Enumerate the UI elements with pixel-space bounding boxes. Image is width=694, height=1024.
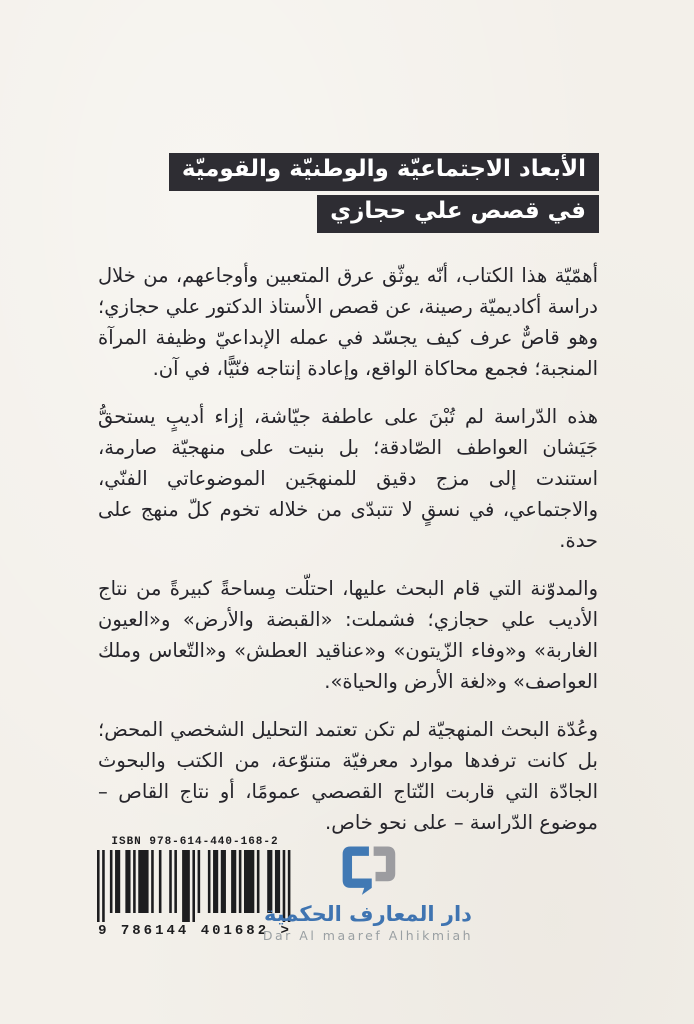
publisher-name-english: Dar Al maaref Alhikmiah: [253, 928, 483, 943]
publisher-name-arabic: دار المعارف الحكمية: [253, 902, 483, 926]
publisher-logo: دار المعارف الحكمية Dar Al maaref Alhikm…: [253, 840, 483, 943]
synopsis-paragraph-1: أهمّيّة هذا الكتاب، أنّه يوثّق عرق المتع…: [98, 260, 598, 384]
synopsis-paragraph-4: وعُدّة البحث المنهجيّة لم تكن تعتمد التح…: [98, 714, 598, 838]
title-block: الأبعاد الاجتماعيّة والوطنيّة والقوميّة …: [169, 153, 599, 233]
publisher-logo-icon: [337, 840, 399, 900]
title-line-2: في قصص علي حجازي: [317, 195, 599, 233]
synopsis: أهمّيّة هذا الكتاب، أنّه يوثّق عرق المتع…: [98, 260, 598, 838]
book-back-cover: الأبعاد الاجتماعيّة والوطنيّة والقوميّة …: [0, 0, 694, 1024]
synopsis-paragraph-2: هذه الدّراسة لم تُبْنَ على عاطفة جيّاشة،…: [98, 401, 598, 556]
synopsis-paragraph-3: والمدوّنة التي قام البحث عليها، احتلّت م…: [98, 573, 598, 697]
title-line-1: الأبعاد الاجتماعيّة والوطنيّة والقوميّة: [169, 153, 599, 191]
